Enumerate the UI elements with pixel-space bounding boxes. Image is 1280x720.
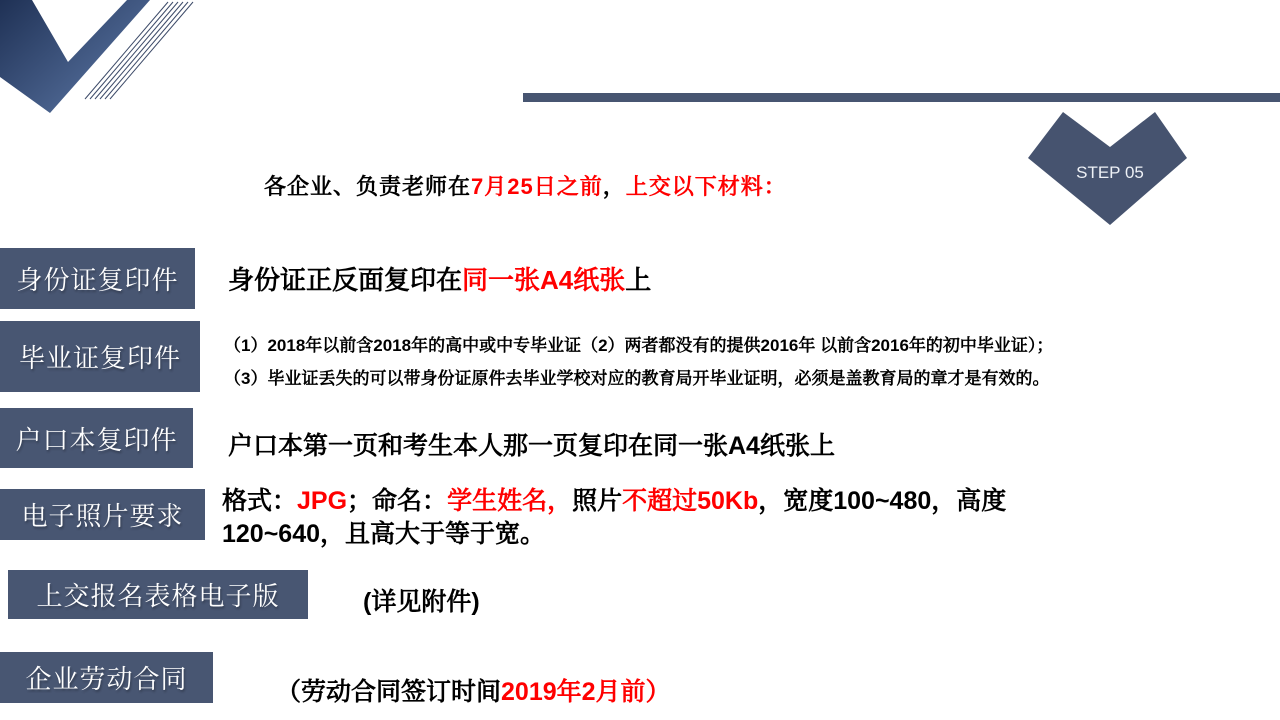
corner-chevron-decoration (0, 0, 260, 135)
label-text: 电子照片要求 (21, 496, 183, 533)
slide-title: 各企业、负责老师在7月25日之前，上交以下材料： (264, 170, 787, 201)
highlighted-text: 7月25日之前 (471, 174, 603, 199)
plain-text: 身份证正反面复印在 (228, 265, 462, 295)
plain-text: 120~640，且高大于等于宽。 (222, 520, 545, 548)
content-diploma-copy: （1）2018年以前含2018年的高中或中专毕业证（2）两者都没有的提供2016… (224, 329, 1053, 395)
plain-text: ；命名： (347, 487, 447, 515)
content-registration-form-note: (详见附件) (363, 582, 480, 618)
plain-text: ， (603, 174, 626, 199)
highlighted-text: 上交以下材料： (626, 174, 787, 199)
label-box-registration-form-electronic: 上交报名表格电子版 (8, 570, 308, 619)
text-line: 120~640，且高大于等于宽。 (222, 518, 1006, 551)
label-text: 上交报名表格电子版 (36, 576, 279, 613)
label-text: 身份证复印件 (16, 260, 178, 297)
content-labor-contract-note: （劳动合同签订时间2019年2月前） (276, 672, 671, 708)
step-badge-label: STEP 05 (1076, 163, 1144, 182)
step-05-arrow: STEP 05 (1020, 105, 1195, 230)
text-line: （1）2018年以前含2018年的高中或中专毕业证（2）两者都没有的提供2016… (224, 329, 1053, 362)
label-box-electronic-photo-requirement: 电子照片要求 (0, 489, 205, 540)
text-line: (详见附件) (363, 582, 480, 618)
highlighted-text: 学生姓名， (447, 487, 572, 515)
plain-text: 上 (625, 265, 651, 295)
plain-text: （劳动合同签订时间 (276, 678, 501, 706)
plain-text: 照片 (572, 487, 622, 515)
highlighted-text: JPG (297, 487, 347, 515)
plain-text: （3）毕业证丢失的可以带身份证原件去毕业学校对应的教育局开毕业证明，必须是盖教育… (224, 369, 1049, 388)
text-line: 身份证正反面复印在同一张A4纸张上 (228, 260, 651, 297)
plain-text: 户口本第一页和考生本人那一页复印在同一张A4纸张上 (228, 432, 835, 460)
label-text: 企业劳动合同 (25, 659, 187, 696)
text-line: 户口本第一页和考生本人那一页复印在同一张A4纸张上 (228, 426, 835, 462)
chevron-v-shape (0, 0, 150, 113)
text-line: （3）毕业证丢失的可以带身份证原件去毕业学校对应的教育局开毕业证明，必须是盖教育… (224, 362, 1053, 395)
highlighted-text: 2019年2月前） (501, 678, 671, 706)
highlighted-text: 同一张A4纸张 (462, 265, 625, 295)
label-box-household-register-copy: 户口本复印件 (0, 408, 193, 468)
content-electronic-photo-requirement: 格式：JPG；命名：学生姓名，照片不超过50Kb，宽度100~480，高度120… (222, 485, 1006, 551)
label-box-labor-contract: 企业劳动合同 (0, 652, 213, 703)
plain-text: 格式： (222, 487, 297, 515)
label-box-id-card-copy: 身份证复印件 (0, 248, 195, 309)
text-line: 格式：JPG；命名：学生姓名，照片不超过50Kb，宽度100~480，高度 (222, 485, 1006, 518)
top-divider-bar (523, 93, 1280, 102)
plain-text: 各企业、负责老师在 (264, 174, 471, 199)
content-household-register-copy: 户口本第一页和考生本人那一页复印在同一张A4纸张上 (228, 426, 835, 462)
label-text: 毕业证复印件 (19, 338, 181, 375)
highlighted-text: 不超过50Kb (622, 487, 758, 515)
label-text: 户口本复印件 (15, 420, 177, 457)
plain-text: (详见附件) (363, 588, 480, 616)
label-box-diploma-copy: 毕业证复印件 (0, 321, 200, 392)
plain-text: ，宽度100~480，高度 (758, 487, 1006, 515)
text-line: （劳动合同签订时间2019年2月前） (276, 672, 671, 708)
text-line: 各企业、负责老师在7月25日之前，上交以下材料： (264, 170, 787, 201)
content-id-card-copy: 身份证正反面复印在同一张A4纸张上 (228, 260, 651, 297)
plain-text: （1）2018年以前含2018年的高中或中专毕业证（2）两者都没有的提供2016… (224, 336, 1053, 355)
